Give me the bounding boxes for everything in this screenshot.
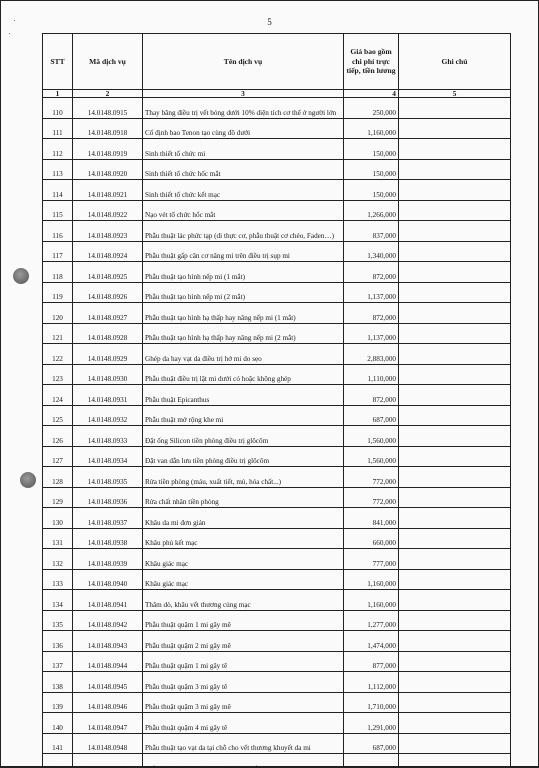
row-price: 1,291,000 <box>344 713 399 734</box>
row-service-code: 14.0148.0930 <box>73 364 143 385</box>
row-service-code: 14.0148.0941 <box>73 590 143 611</box>
column-index: 2 <box>73 90 143 98</box>
row-service-name: Phẫu thuật quặm 1 mi gây tê <box>143 651 344 672</box>
row-stt: 134 <box>43 590 73 611</box>
row-price: 1,160,000 <box>344 569 399 590</box>
row-service-code: 14.0148.0928 <box>73 323 143 344</box>
row-stt: 122 <box>43 344 73 365</box>
row-price: 2,883,000 <box>344 754 399 768</box>
row-service-code: 14.0148.0926 <box>73 282 143 303</box>
row-service-code: 14.0148.0949 <box>73 754 143 768</box>
row-note <box>399 180 511 201</box>
row-stt: 126 <box>43 426 73 447</box>
table-row: 122 14.0148.0929 Ghép da hay vạt da điều… <box>43 344 511 365</box>
row-note <box>399 754 511 768</box>
table-header-row: STT Mã dịch vụ Tên dịch vụ Giá bao gồm c… <box>43 34 511 90</box>
row-service-name: Khâu giác mạc <box>143 549 344 570</box>
row-service-name: Thăm dò, khâu vết thương củng mạc <box>143 590 344 611</box>
row-note <box>399 692 511 713</box>
row-note <box>399 426 511 447</box>
row-stt: 128 <box>43 467 73 488</box>
row-stt: 137 <box>43 651 73 672</box>
row-service-name: Sinh thiết tổ chức mi <box>143 139 344 160</box>
row-service-code: 14.0148.0935 <box>73 467 143 488</box>
row-price: 772,000 <box>344 467 399 488</box>
row-note <box>399 118 511 139</box>
column-index: 5 <box>399 90 511 98</box>
row-service-name: Phẫu thuật điều trị lật mi dưới có hoặc … <box>143 364 344 385</box>
row-service-code: 14.0148.0925 <box>73 262 143 283</box>
row-price: 1,277,000 <box>344 610 399 631</box>
row-service-name: Nạo vét tổ chức hốc mắt <box>143 200 344 221</box>
row-stt: 111 <box>43 118 73 139</box>
row-price: 1,474,000 <box>344 631 399 652</box>
row-service-code: 14.0148.0938 <box>73 528 143 549</box>
table-row: 126 14.0148.0933 Đặt ống Silicon tiền ph… <box>43 426 511 447</box>
scan-speck <box>14 20 15 21</box>
row-service-code: 14.0148.0929 <box>73 344 143 365</box>
row-price: 777,000 <box>344 549 399 570</box>
row-price: 2,883,000 <box>344 344 399 365</box>
row-note <box>399 631 511 652</box>
row-note <box>399 200 511 221</box>
row-service-name: Đặt ống Silicon tiền phòng điều trị glôc… <box>143 426 344 447</box>
row-service-code: 14.0148.0921 <box>73 180 143 201</box>
row-stt: 133 <box>43 569 73 590</box>
row-price: 150,000 <box>344 159 399 180</box>
row-service-code: 14.0148.0947 <box>73 713 143 734</box>
column-index: 3 <box>143 90 344 98</box>
row-stt: 116 <box>43 221 73 242</box>
table-row: 139 14.0148.0946 Phẫu thuật quặm 3 mi gâ… <box>43 692 511 713</box>
row-service-name: Ghép da hay vạt da điều trị hở mi do sẹo <box>143 344 344 365</box>
table-row: 111 14.0148.0918 Cố định bao Tenon tạo c… <box>43 118 511 139</box>
row-note <box>399 385 511 406</box>
row-service-name: Phẫu thuật tạo hình nếp mi (2 mắt) <box>143 282 344 303</box>
row-price: 150,000 <box>344 139 399 160</box>
row-price: 1,137,000 <box>344 282 399 303</box>
table-row: 121 14.0148.0928 Phẫu thuật tạo hình hạ … <box>43 323 511 344</box>
row-service-code: 14.0148.0939 <box>73 549 143 570</box>
table-row: 135 14.0148.0942 Phẫu thuật quặm 1 mi gâ… <box>43 610 511 631</box>
row-service-name: Khâu da mi đơn giản <box>143 508 344 529</box>
row-note <box>399 139 511 160</box>
row-stt: 140 <box>43 713 73 734</box>
column-index: 4 <box>344 90 399 98</box>
column-index: 1 <box>43 90 73 98</box>
table-row: 115 14.0148.0922 Nạo vét tổ chức hốc mắt… <box>43 200 511 221</box>
row-service-name: Phẫu thuật quặm 3 mi gây mê <box>143 692 344 713</box>
table-row: 124 14.0148.0931 Phẫu thuật Epicanthus 8… <box>43 385 511 406</box>
row-service-name: Phẫu thuật ghép da tự thân vùng mi mắt <box>143 754 344 768</box>
table-row: 140 14.0148.0947 Phẫu thuật quặm 4 mi gâ… <box>43 713 511 734</box>
row-service-name: Thay băng điều trị vết bỏng dưới 10% diệ… <box>143 98 344 119</box>
row-service-name: Đặt van dẫn lưu tiền phòng điều trị glôc… <box>143 446 344 467</box>
row-service-code: 14.0148.0931 <box>73 385 143 406</box>
row-service-name: Phẫu thuật mở rộng khe mi <box>143 405 344 426</box>
table-row: 138 14.0148.0945 Phẫu thuật quặm 3 mi gâ… <box>43 672 511 693</box>
table-row: 133 14.0148.0940 Khâu giác mạc 1,160,000 <box>43 569 511 590</box>
row-service-name: Phẫu thuật quặm 4 mi gây tê <box>143 713 344 734</box>
row-stt: 141 <box>43 733 73 754</box>
row-note <box>399 733 511 754</box>
table-row: 117 14.0148.0924 Phẫu thuật gấp cân cơ n… <box>43 241 511 262</box>
row-stt: 110 <box>43 98 73 119</box>
row-price: 772,000 <box>344 487 399 508</box>
row-service-code: 14.0148.0927 <box>73 303 143 324</box>
table-row: 137 14.0148.0944 Phẫu thuật quặm 1 mi gâ… <box>43 651 511 672</box>
row-price: 1,110,000 <box>344 364 399 385</box>
row-service-code: 14.0148.0919 <box>73 139 143 160</box>
row-service-code: 14.0148.0948 <box>73 733 143 754</box>
row-service-code: 14.0148.0920 <box>73 159 143 180</box>
table-row: 128 14.0148.0935 Rửa tiền phòng (máu, xu… <box>43 467 511 488</box>
row-stt: 118 <box>43 262 73 283</box>
row-note <box>399 344 511 365</box>
table-row: 110 14.0148.0915 Thay băng điều trị vết … <box>43 98 511 119</box>
row-price: 877,000 <box>344 651 399 672</box>
row-price: 1,560,000 <box>344 446 399 467</box>
row-service-code: 14.0148.0946 <box>73 692 143 713</box>
row-service-code: 14.0148.0945 <box>73 672 143 693</box>
row-price: 150,000 <box>344 180 399 201</box>
row-note <box>399 713 511 734</box>
row-service-code: 14.0148.0922 <box>73 200 143 221</box>
table-row: 112 14.0148.0919 Sinh thiết tổ chức mi 1… <box>43 139 511 160</box>
row-price: 660,000 <box>344 528 399 549</box>
row-stt: 114 <box>43 180 73 201</box>
row-stt: 138 <box>43 672 73 693</box>
row-note <box>399 467 511 488</box>
row-service-code: 14.0148.0933 <box>73 426 143 447</box>
row-service-name: Phẫu thuật tạo hình nếp mi (1 mắt) <box>143 262 344 283</box>
row-note <box>399 590 511 611</box>
table-row: 131 14.0148.0938 Khâu phủ kết mạc 660,00… <box>43 528 511 549</box>
table-row: 123 14.0148.0930 Phẫu thuật điều trị lật… <box>43 364 511 385</box>
table-body: 110 14.0148.0915 Thay băng điều trị vết … <box>43 98 511 768</box>
row-note <box>399 405 511 426</box>
row-service-name: Phẫu thuật Epicanthus <box>143 385 344 406</box>
row-service-name: Phẫu thuật gấp cân cơ nâng mi trên điều … <box>143 241 344 262</box>
row-stt: 112 <box>43 139 73 160</box>
row-service-code: 14.0148.0940 <box>73 569 143 590</box>
row-service-name: Phẫu thuật quặm 3 mi gây tê <box>143 672 344 693</box>
header-stt: STT <box>43 34 73 90</box>
row-price: 687,000 <box>344 405 399 426</box>
row-note <box>399 323 511 344</box>
column-index-row: 1 2 3 4 5 <box>43 90 511 98</box>
table-row: 127 14.0148.0934 Đặt van dẫn lưu tiền ph… <box>43 446 511 467</box>
row-price: 1,560,000 <box>344 426 399 447</box>
table-row: 114 14.0148.0921 Sinh thiết tổ chức kết … <box>43 180 511 201</box>
row-service-code: 14.0148.0942 <box>73 610 143 631</box>
row-service-code: 14.0148.0936 <box>73 487 143 508</box>
row-price: 837,000 <box>344 221 399 242</box>
table-row: 142 14.0148.0949 Phẫu thuật ghép da tự t… <box>43 754 511 768</box>
header-note: Ghi chú <box>399 34 511 90</box>
row-price: 250,000 <box>344 98 399 119</box>
row-note <box>399 569 511 590</box>
table-row: 118 14.0148.0925 Phẫu thuật tạo hình nếp… <box>43 262 511 283</box>
row-note <box>399 549 511 570</box>
row-price: 1,160,000 <box>344 590 399 611</box>
table-row: 136 14.0148.0943 Phẫu thuật quặm 2 mi gâ… <box>43 631 511 652</box>
row-stt: 125 <box>43 405 73 426</box>
table-row: 141 14.0148.0948 Phẫu thuật tạo vạt da t… <box>43 733 511 754</box>
row-price: 1,112,000 <box>344 672 399 693</box>
row-note <box>399 528 511 549</box>
row-price: 1,160,000 <box>344 118 399 139</box>
row-note <box>399 303 511 324</box>
row-service-name: Phẫu thuật quặm 1 mi gây mê <box>143 610 344 631</box>
row-stt: 132 <box>43 549 73 570</box>
row-note <box>399 487 511 508</box>
row-price: 1,340,000 <box>344 241 399 262</box>
row-note <box>399 446 511 467</box>
table-row: 120 14.0148.0927 Phẫu thuật tạo hình hạ … <box>43 303 511 324</box>
row-note <box>399 221 511 242</box>
row-price: 872,000 <box>344 303 399 324</box>
row-price: 872,000 <box>344 262 399 283</box>
row-price: 872,000 <box>344 385 399 406</box>
row-price: 841,000 <box>344 508 399 529</box>
row-service-name: Phẫu thuật lác phức tạp (di thực cơ, phẫ… <box>143 221 344 242</box>
row-stt: 135 <box>43 610 73 631</box>
row-service-code: 14.0148.0918 <box>73 118 143 139</box>
row-note <box>399 610 511 631</box>
row-service-name: Phẫu thuật tạo hình hạ thấp hay nâng nếp… <box>143 303 344 324</box>
row-stt: 142 <box>43 754 73 768</box>
row-service-name: Khâu giác mạc <box>143 569 344 590</box>
page-number: 5 <box>0 17 539 27</box>
row-note <box>399 241 511 262</box>
table-row: 119 14.0148.0926 Phẫu thuật tạo hình nếp… <box>43 282 511 303</box>
row-service-name: Cố định bao Tenon tạo cùng đồ dưới <box>143 118 344 139</box>
scan-speck <box>9 33 10 34</box>
row-service-code: 14.0148.0943 <box>73 631 143 652</box>
row-service-code: 14.0148.0944 <box>73 651 143 672</box>
row-note <box>399 98 511 119</box>
table-row: 130 14.0148.0937 Khâu da mi đơn giản 841… <box>43 508 511 529</box>
row-stt: 123 <box>43 364 73 385</box>
table-row: 116 14.0148.0923 Phẫu thuật lác phức tạp… <box>43 221 511 242</box>
row-price: 687,000 <box>344 733 399 754</box>
row-note <box>399 672 511 693</box>
service-price-table: STT Mã dịch vụ Tên dịch vụ Giá bao gồm c… <box>42 33 511 768</box>
row-service-code: 14.0148.0923 <box>73 221 143 242</box>
table-row: 113 14.0148.0920 Sinh thiết tổ chức hốc … <box>43 159 511 180</box>
row-service-name: Sinh thiết tổ chức hốc mắt <box>143 159 344 180</box>
row-price: 1,710,000 <box>344 692 399 713</box>
table-row: 132 14.0148.0939 Khâu giác mạc 777,000 <box>43 549 511 570</box>
punch-hole-icon <box>20 472 36 488</box>
row-stt: 117 <box>43 241 73 262</box>
row-note <box>399 282 511 303</box>
row-note <box>399 364 511 385</box>
row-stt: 130 <box>43 508 73 529</box>
header-service-code: Mã dịch vụ <box>73 34 143 90</box>
row-note <box>399 159 511 180</box>
row-stt: 136 <box>43 631 73 652</box>
row-stt: 124 <box>43 385 73 406</box>
row-note <box>399 651 511 672</box>
row-service-name: Phẫu thuật quặm 2 mi gây mê <box>143 631 344 652</box>
row-service-name: Phẫu thuật tạo hình hạ thấp hay nâng nếp… <box>143 323 344 344</box>
row-service-name: Rửa chất nhân tiền phòng <box>143 487 344 508</box>
row-service-code: 14.0148.0937 <box>73 508 143 529</box>
row-service-name: Rửa tiền phòng (máu, xuất tiết, mủ, hóa … <box>143 467 344 488</box>
header-service-name: Tên dịch vụ <box>143 34 344 90</box>
row-stt: 119 <box>43 282 73 303</box>
table-row: 129 14.0148.0936 Rửa chất nhân tiền phòn… <box>43 487 511 508</box>
row-service-name: Khâu phủ kết mạc <box>143 528 344 549</box>
row-stt: 115 <box>43 200 73 221</box>
row-service-name: Sinh thiết tổ chức kết mạc <box>143 180 344 201</box>
row-note <box>399 508 511 529</box>
row-price: 1,266,000 <box>344 200 399 221</box>
row-service-code: 14.0148.0924 <box>73 241 143 262</box>
punch-hole-icon <box>13 268 29 284</box>
row-service-code: 14.0148.0934 <box>73 446 143 467</box>
row-stt: 139 <box>43 692 73 713</box>
row-price: 1,137,000 <box>344 323 399 344</box>
row-stt: 131 <box>43 528 73 549</box>
row-stt: 121 <box>43 323 73 344</box>
row-note <box>399 262 511 283</box>
header-price: Giá bao gồm chi phí trực tiếp, tiền lươn… <box>344 34 399 90</box>
table-row: 134 14.0148.0941 Thăm dò, khâu vết thươn… <box>43 590 511 611</box>
row-service-code: 14.0148.0932 <box>73 405 143 426</box>
row-stt: 129 <box>43 487 73 508</box>
row-service-name: Phẫu thuật tạo vạt da tại chỗ cho vết th… <box>143 733 344 754</box>
row-service-code: 14.0148.0915 <box>73 98 143 119</box>
table-row: 125 14.0148.0932 Phẫu thuật mở rộng khe … <box>43 405 511 426</box>
row-stt: 113 <box>43 159 73 180</box>
row-stt: 120 <box>43 303 73 324</box>
row-stt: 127 <box>43 446 73 467</box>
